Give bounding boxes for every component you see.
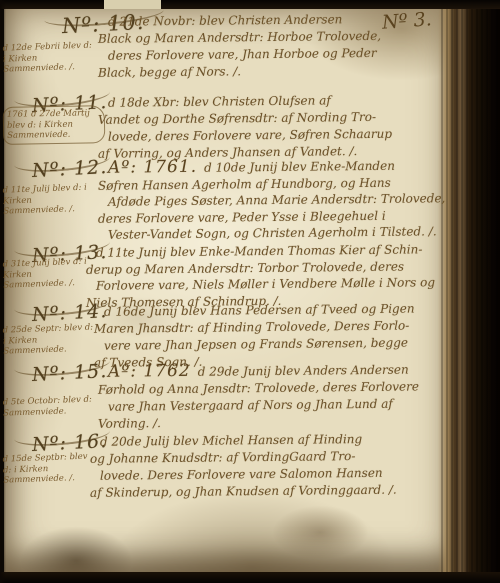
entry-number: Nº: 12. — [31, 156, 107, 182]
register-entry-12: Nº: 12. d 11te Julij blev d: i Kirken Sa… — [0, 158, 500, 242]
entry-margin-note: d 11te Julij blev d: i Kirken Sammenvied… — [2, 182, 97, 217]
entry-text: d 18de Xbr: blev Christen Olufsen af Van… — [108, 93, 440, 161]
entry-text: d 11te Junij blev Enke-Manden Thomas Kie… — [96, 243, 440, 309]
register-entry-16: Nº: 16. d 15de Septbr: blev d: i Kirken … — [0, 432, 500, 500]
entry-text: Aº: 1761.d 10de Junij blev Enke-Manden S… — [108, 158, 440, 242]
entry-margin-note: d 25de Septr: blev d: i Kirken Sammenvie… — [2, 322, 97, 357]
manuscript-photo: Nº 3. Nº: 10. d 12de Febrii blev d: i Ki… — [0, 0, 500, 583]
entry-text-line: d 10de Junij blev Enke-Manden — [204, 159, 395, 175]
entry-margin-note: d 12de Febrii blev d: i Kirken Sammenvie… — [2, 40, 97, 75]
register-entry-15: Nº: 15. d 5te Octobr: blev d: Sammenvied… — [0, 362, 500, 431]
entry-margin-note: d 31te Julij blev d: i Kirken Sammenvied… — [2, 256, 97, 291]
entry-text-line: Vester-Vandet Sogn, og Christen Agerholm… — [108, 223, 440, 243]
entry-text-line: Black, begge af Nors. /. — [98, 61, 440, 82]
register-entry-10: Nº: 10. d 12de Febrii blev d: i Kirken S… — [0, 12, 500, 80]
entry-text-line: d 29de Junij blev Anders Andersen — [198, 363, 409, 379]
year-heading: Aº: 1761. — [108, 157, 197, 178]
entry-text: d 21de Novbr: blev Christen Andersen Bla… — [108, 12, 440, 80]
entry-text-line: Vording. /. — [98, 412, 440, 433]
photo-bottom-band — [0, 572, 500, 583]
entry-text: d 20de Julij blev Michel Hansen af Hindi… — [100, 432, 440, 500]
entry-text: Aº: 1762d 29de Junij blev Anders Anderse… — [108, 362, 440, 431]
entry-margin-note: d 5te Octobr: blev d: Sammenviede. — [3, 394, 98, 418]
entry-margin-note: 1761 d 27de Martij blev d: i Kirken Samm… — [3, 105, 106, 144]
entry-number: Nº: 15. — [31, 360, 107, 386]
entry-text-line: af Skinderup, og Jhan Knudsen af Vording… — [90, 481, 440, 502]
year-heading: Aº: 1762 — [108, 361, 191, 382]
entry-margin-note: d 15de Septbr: blev d: i Kirken Sammenvi… — [2, 451, 97, 486]
